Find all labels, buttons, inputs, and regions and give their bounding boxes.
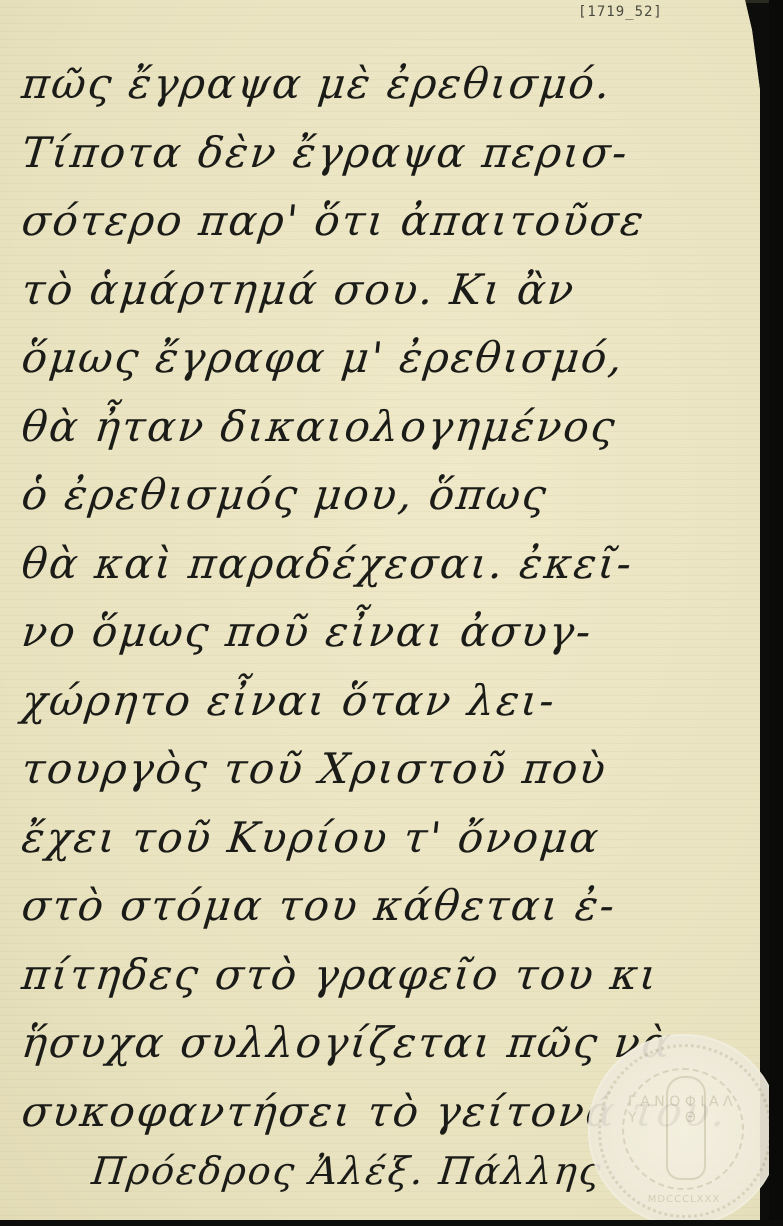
seal-urn-icon bbox=[666, 1076, 706, 1180]
seal-letters-left: Γ Α Ν Ο Υ bbox=[628, 1094, 685, 1126]
seal-year: MDCCCLXXX bbox=[588, 1194, 780, 1205]
text-line: στὸ στόμα του κάθεται ἐ- bbox=[18, 872, 760, 941]
letter-page: [1719_52] πῶς ἔγραψα μὲ ἐρεθισμό. Τίποτα… bbox=[0, 0, 760, 1220]
text-line: Τίποτα δὲν ἔγραψα περισ- bbox=[18, 119, 760, 188]
text-line: πῶς ἔγραψα μὲ ἐρεθισμό. bbox=[18, 50, 760, 119]
text-line: νο ὅμως ποῦ εἶναι ἀσυγ- bbox=[18, 598, 760, 667]
text-line: ἔχει τοῦ Κυρίου τ' ὄνομα bbox=[18, 804, 760, 873]
text-line: θὰ καὶ παραδέχεσαι. ἐκεῖ- bbox=[18, 530, 760, 599]
scan-bottom-edge bbox=[0, 1220, 783, 1226]
text-line: ὁ ἐρεθισμός μου, ὅπως bbox=[18, 461, 760, 530]
text-line: σότερο παρ' ὅτι ἀπαιτοῦσε bbox=[18, 187, 760, 256]
text-line: τουργὸς τοῦ Χριστοῦ ποὺ bbox=[18, 735, 760, 804]
text-line: τὸ ἁμάρτημά σου. Κι ἂν bbox=[18, 256, 760, 325]
seal-letters-right: Φ Ι Α Λ Θ bbox=[685, 1094, 740, 1126]
archive-reference: [1719_52] bbox=[578, 4, 663, 20]
text-line: ὅμως ἔγραφα μ' ἐρεθισμό, bbox=[18, 324, 760, 393]
library-seal-stamp: Γ Α Ν Ο Υ Φ Ι Α Λ Θ MDCCCLXXX bbox=[588, 1034, 780, 1226]
text-line: θὰ ἦταν δικαιολογημένος bbox=[18, 393, 760, 462]
seal-letters: Γ Α Ν Ο Υ Φ Ι Α Λ Θ bbox=[628, 1094, 740, 1126]
text-line: χώρητο εἶναι ὅταν λει- bbox=[18, 667, 760, 736]
scan-right-edge bbox=[769, 0, 783, 1226]
handwritten-text: πῶς ἔγραψα μὲ ἐρεθισμό. Τίποτα δὲν ἔγραψ… bbox=[22, 50, 757, 1196]
text-line: πίτηδες στὸ γραφεῖο του κι bbox=[18, 941, 760, 1010]
